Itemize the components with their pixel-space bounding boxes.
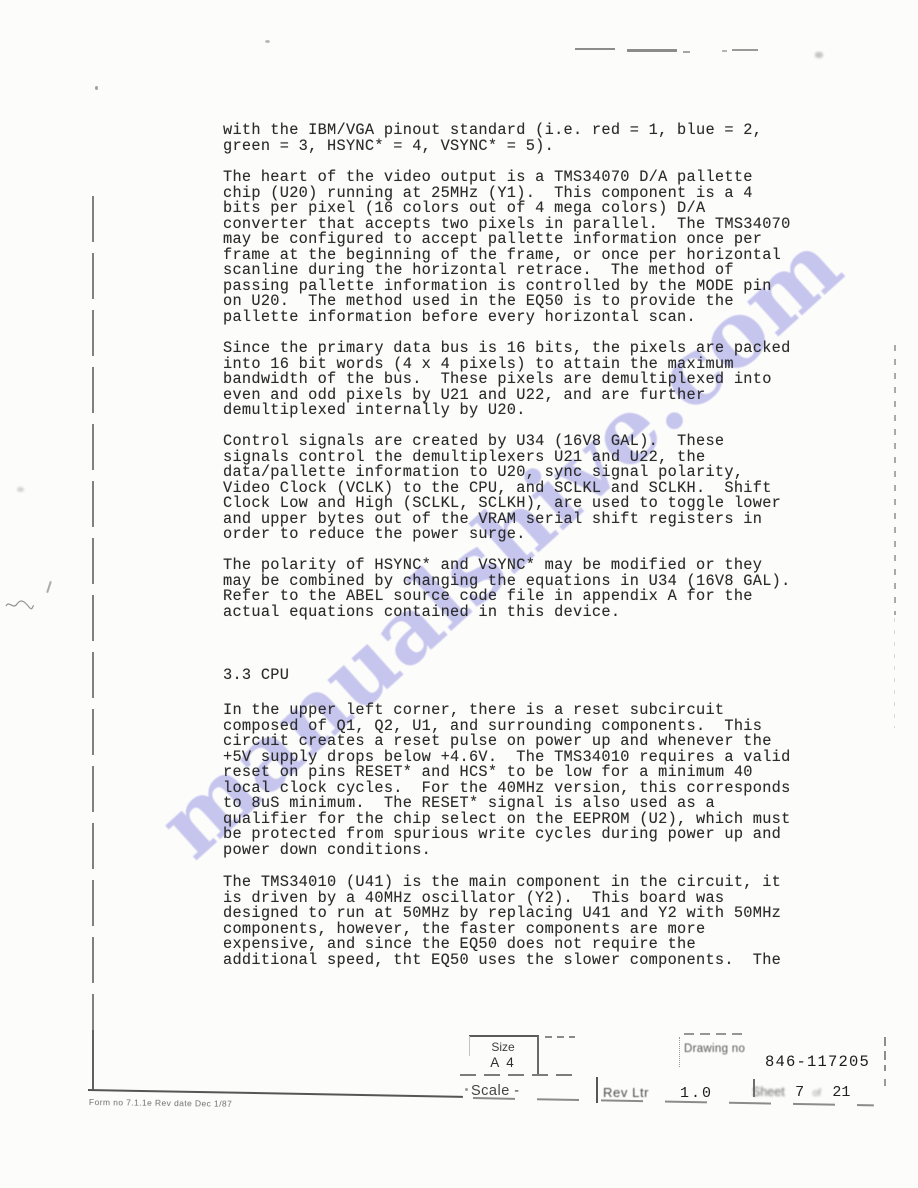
scan-artifact-dash: [683, 51, 690, 53]
scanned-document-page: manualshive.com with the IBM/VGA pinout …: [0, 0, 918, 1188]
scan-artifact-dash: [575, 48, 615, 50]
sheet-page-number: 7: [795, 1084, 804, 1101]
body-paragraph-6: In the upper left corner, there is a res…: [223, 703, 791, 858]
drawing-no-label: Drawing no: [684, 1043, 745, 1055]
left-margin-scan-line-end: [92, 1030, 94, 1090]
scale-label: Scale -: [471, 1083, 520, 1099]
scan-artifact-dot: [95, 86, 98, 90]
bottom-form-rule-solid: [88, 1089, 463, 1098]
body-paragraph-3: Since the primary data bus is 16 bits, t…: [223, 341, 791, 419]
size-box-right-border: [537, 1036, 539, 1074]
scan-artifact-dot: [265, 40, 270, 43]
size-box-top-border: [469, 1035, 539, 1037]
drawing-cell-left-border: [679, 1037, 680, 1067]
section-heading: 3.3 CPU: [223, 668, 289, 684]
right-margin-scan-line-faint: [894, 618, 895, 728]
body-paragraph-2: The heart of the video output is a TMS34…: [223, 170, 791, 325]
sheet-total-number: 21: [832, 1084, 850, 1101]
drawing-no-value: 846-117205: [765, 1053, 870, 1071]
rev-ltr-value: 1.0: [680, 1085, 713, 1102]
sheet-of-label: of: [813, 1088, 821, 1099]
size-row-bottom-dashes: [460, 1074, 575, 1076]
body-paragraph-7: The TMS34010 (U41) is the main component…: [223, 875, 781, 968]
rev-ltr-label: Rev Ltr: [603, 1085, 649, 1100]
drawing-cell-top-dashes: [684, 1033, 744, 1035]
titleblock-right-border: [884, 1037, 886, 1071]
titleblock-right-border-dot: [884, 1079, 886, 1086]
scale-cell-dot: [465, 1088, 468, 1091]
form-number-note: Form no 7.1.1e Rev date Dec 1/87: [89, 1097, 232, 1109]
pen-mark: [5, 598, 35, 612]
body-paragraph-5: The polarity of HSYNC* and VSYNC* may be…: [223, 558, 791, 620]
size-label: Size: [470, 1040, 536, 1054]
scan-artifact-smudge: [815, 52, 823, 58]
scan-artifact-tick: [46, 581, 52, 593]
left-margin-scan-line: [92, 196, 94, 1091]
size-value: A 4: [470, 1055, 536, 1070]
scan-artifact-dash: [722, 50, 727, 52]
scan-artifact-smudge: [17, 487, 24, 492]
size-box-top-dashes: [545, 1036, 575, 1038]
body-paragraph-1: with the IBM/VGA pinout standard (i.e. r…: [223, 123, 762, 154]
sheet-indicator: Sheet 7 of 21: [752, 1083, 850, 1101]
sheet-label: Sheet: [752, 1085, 785, 1099]
body-paragraph-4: Control signals are created by U34 (16V8…: [223, 434, 781, 543]
scan-artifact-dash: [732, 49, 758, 51]
scan-artifact-dash: [627, 49, 677, 52]
right-margin-scan-line: [894, 345, 896, 615]
